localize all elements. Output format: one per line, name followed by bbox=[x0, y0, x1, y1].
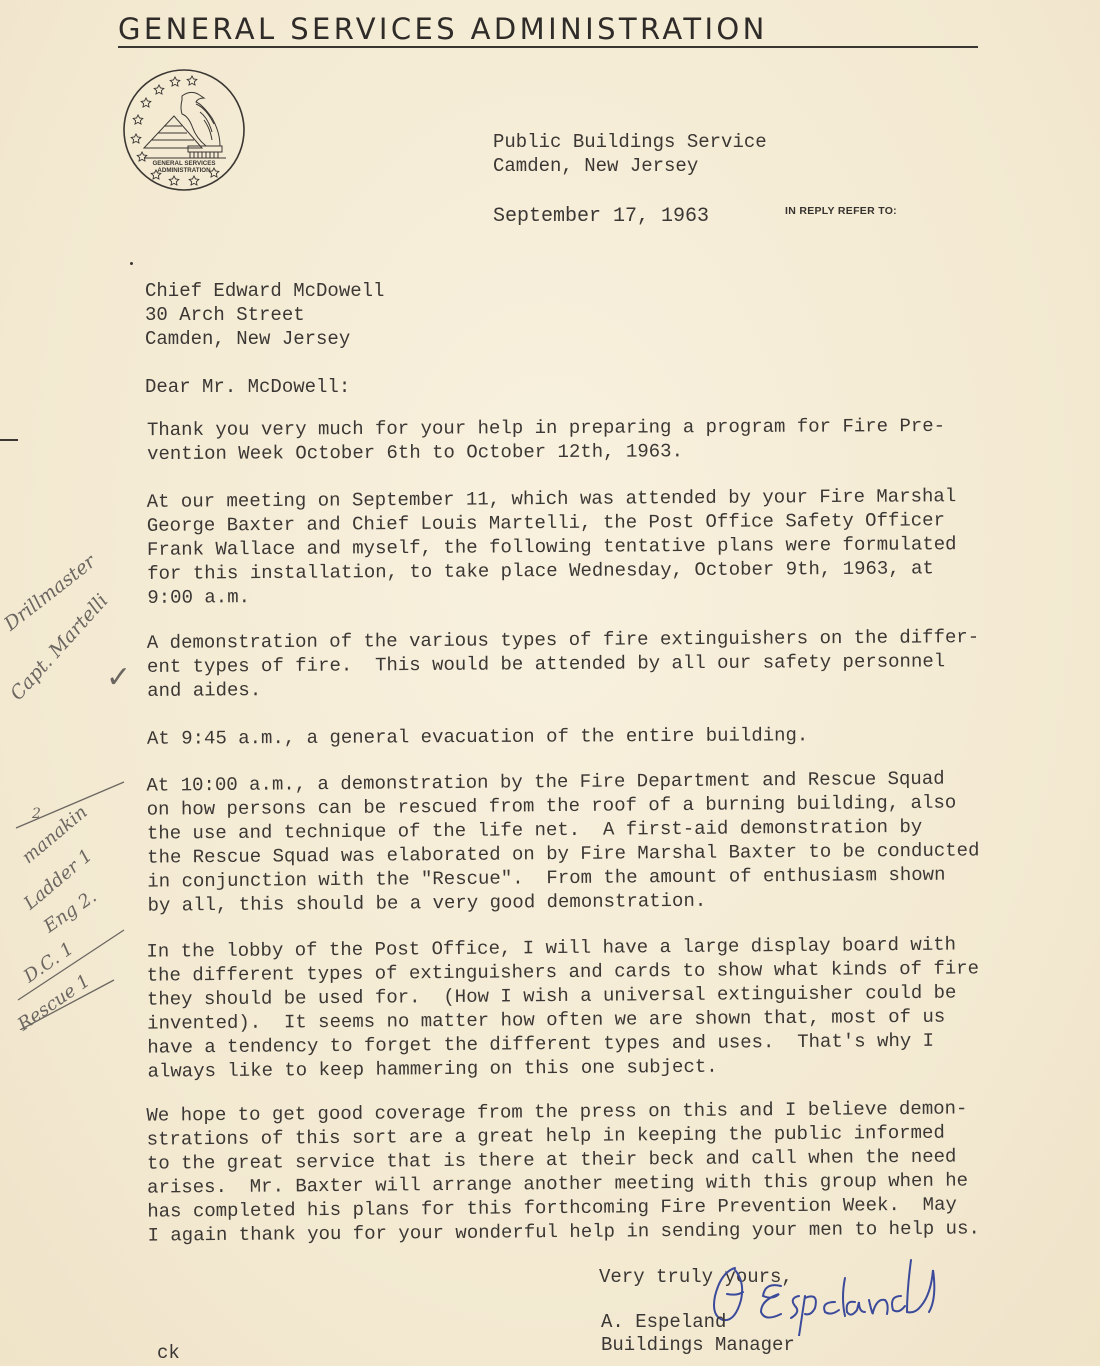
reply-refer-label: IN REPLY REFER TO: bbox=[785, 205, 897, 217]
note-qty: 2 bbox=[32, 806, 41, 822]
signer-title: Buildings Manager bbox=[601, 1334, 795, 1356]
addressee-block: Chief Edward McDowell 30 Arch Street Cam… bbox=[145, 279, 384, 351]
signer-name: A. Espeland bbox=[601, 1311, 726, 1333]
addressee-street: 30 Arch Street bbox=[145, 304, 305, 326]
salutation: Dear Mr. McDowell: bbox=[145, 375, 350, 399]
checkmark-icon: ✓ bbox=[106, 660, 131, 695]
letterhead-rule bbox=[118, 46, 978, 48]
sender-block: Public Buildings Service Camden, New Jer… bbox=[493, 130, 767, 178]
gsa-eagle-seal-icon: GENERAL SERVICES ADMINISTRATION bbox=[122, 68, 246, 192]
letterhead-agency: GENERAL SERVICES ADMINISTRATION bbox=[118, 12, 768, 46]
seal-text-line1: GENERAL SERVICES bbox=[152, 160, 215, 167]
body-paragraph-5: At 10:00 a.m., a demonstration by the Fi… bbox=[146, 766, 980, 917]
letter-date: September 17, 1963 bbox=[493, 205, 709, 229]
stray-mark bbox=[130, 262, 133, 265]
body-paragraph-3: A demonstration of the various types of … bbox=[147, 625, 980, 703]
body-paragraph-4: At 9:45 a.m., a general evacuation of th… bbox=[147, 723, 808, 750]
margin-note-equipment-list: 2 manakin Ladder 1 Eng 2. D.C. 1 Rescue … bbox=[14, 780, 134, 1030]
sender-office: Public Buildings Service bbox=[493, 131, 767, 153]
body-paragraph-7: We hope to get good coverage from the pr… bbox=[146, 1096, 980, 1247]
addressee-name: Chief Edward McDowell bbox=[145, 280, 384, 302]
seal-text-line2: ADMINISTRATION bbox=[157, 167, 211, 174]
signer-block: A. Espeland Buildings Manager bbox=[601, 1311, 795, 1357]
typist-initials: ck bbox=[157, 1341, 180, 1365]
body-paragraph-1: Thank you very much for your help in pre… bbox=[147, 414, 945, 466]
body-paragraph-2: At our meeting on September 11, which wa… bbox=[147, 484, 957, 610]
margin-fold-mark bbox=[0, 439, 18, 441]
sender-location: Camden, New Jersey bbox=[493, 155, 698, 177]
body-paragraph-6: In the lobby of the Post Office, I will … bbox=[146, 932, 980, 1083]
addressee-city: Camden, New Jersey bbox=[145, 328, 350, 350]
